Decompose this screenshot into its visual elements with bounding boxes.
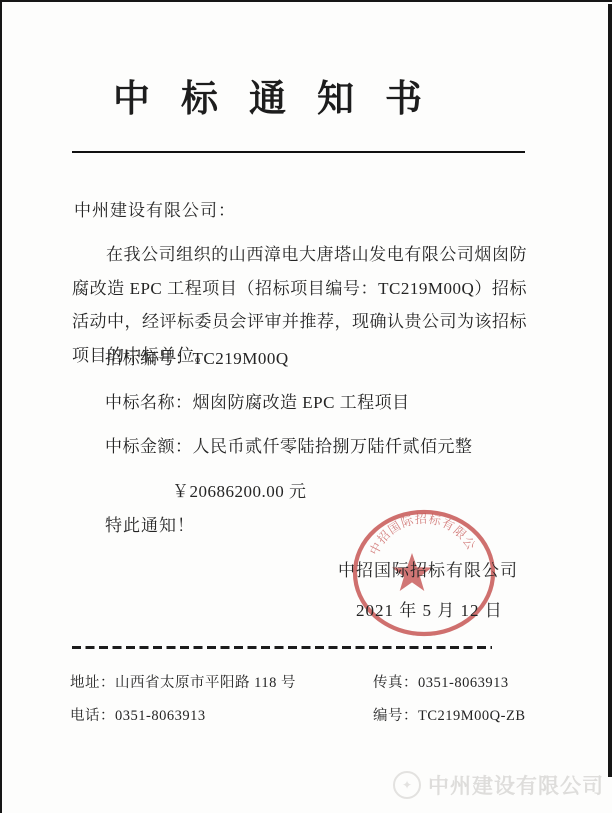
photo-edge-left (0, 0, 2, 813)
photo-edge-top (0, 0, 612, 2)
signature-company: 中招国际招标有限公司 (338, 556, 518, 581)
field-award-name: 中标名称：烟囱防腐改造 EPC 工程项目 (105, 388, 410, 413)
footer-dashed-divider (72, 646, 492, 649)
footer-ref-number: 编号：TC219M00Q-ZB (373, 704, 526, 725)
field-bid-number-label: 招标编号： (105, 349, 193, 368)
watermark: ✦ 中州建设有限公司 (393, 770, 604, 800)
field-award-amount-value: 人民币贰仟零陆拾捌万陆仟贰佰元整 (193, 437, 473, 456)
field-bid-number-value: TC219M00Q (193, 349, 289, 368)
amount-numeric: ￥20686200.00 元 (172, 477, 307, 502)
title-underline (72, 151, 525, 153)
notice-page: 中标通知书 中州建设有限公司： 在我公司组织的山西漳电大唐塔山发电有限公司烟囱防… (0, 0, 612, 813)
page-title: 中标通知书 (0, 68, 566, 122)
field-bid-number: 招标编号：TC219M00Q (105, 344, 289, 369)
watermark-logo-icon: ✦ (393, 771, 421, 799)
recipient-line: 中州建设有限公司： (74, 196, 236, 221)
footer-phone: 电话：0351-8063913 (70, 704, 206, 725)
watermark-text: 中州建设有限公司 (428, 770, 604, 800)
photo-edge-right (608, 4, 612, 777)
closing-line: 特此通知！ (105, 511, 195, 536)
footer-fax: 传真：0351-8063913 (373, 671, 509, 692)
field-award-name-label: 中标名称： (105, 393, 193, 412)
field-award-amount: 中标金额：人民币贰仟零陆拾捌万陆仟贰佰元整 (105, 432, 473, 457)
field-award-amount-label: 中标金额： (105, 437, 193, 456)
signature-date: 2021 年 5 月 12 日 (356, 596, 503, 621)
field-award-name-value: 烟囱防腐改造 EPC 工程项目 (193, 393, 410, 412)
footer-address: 地址：山西省太原市平阳路 118 号 (70, 671, 296, 692)
scanned-document-photo: { "doc": { "title": "中标通知书", "recipient"… (0, 0, 612, 813)
